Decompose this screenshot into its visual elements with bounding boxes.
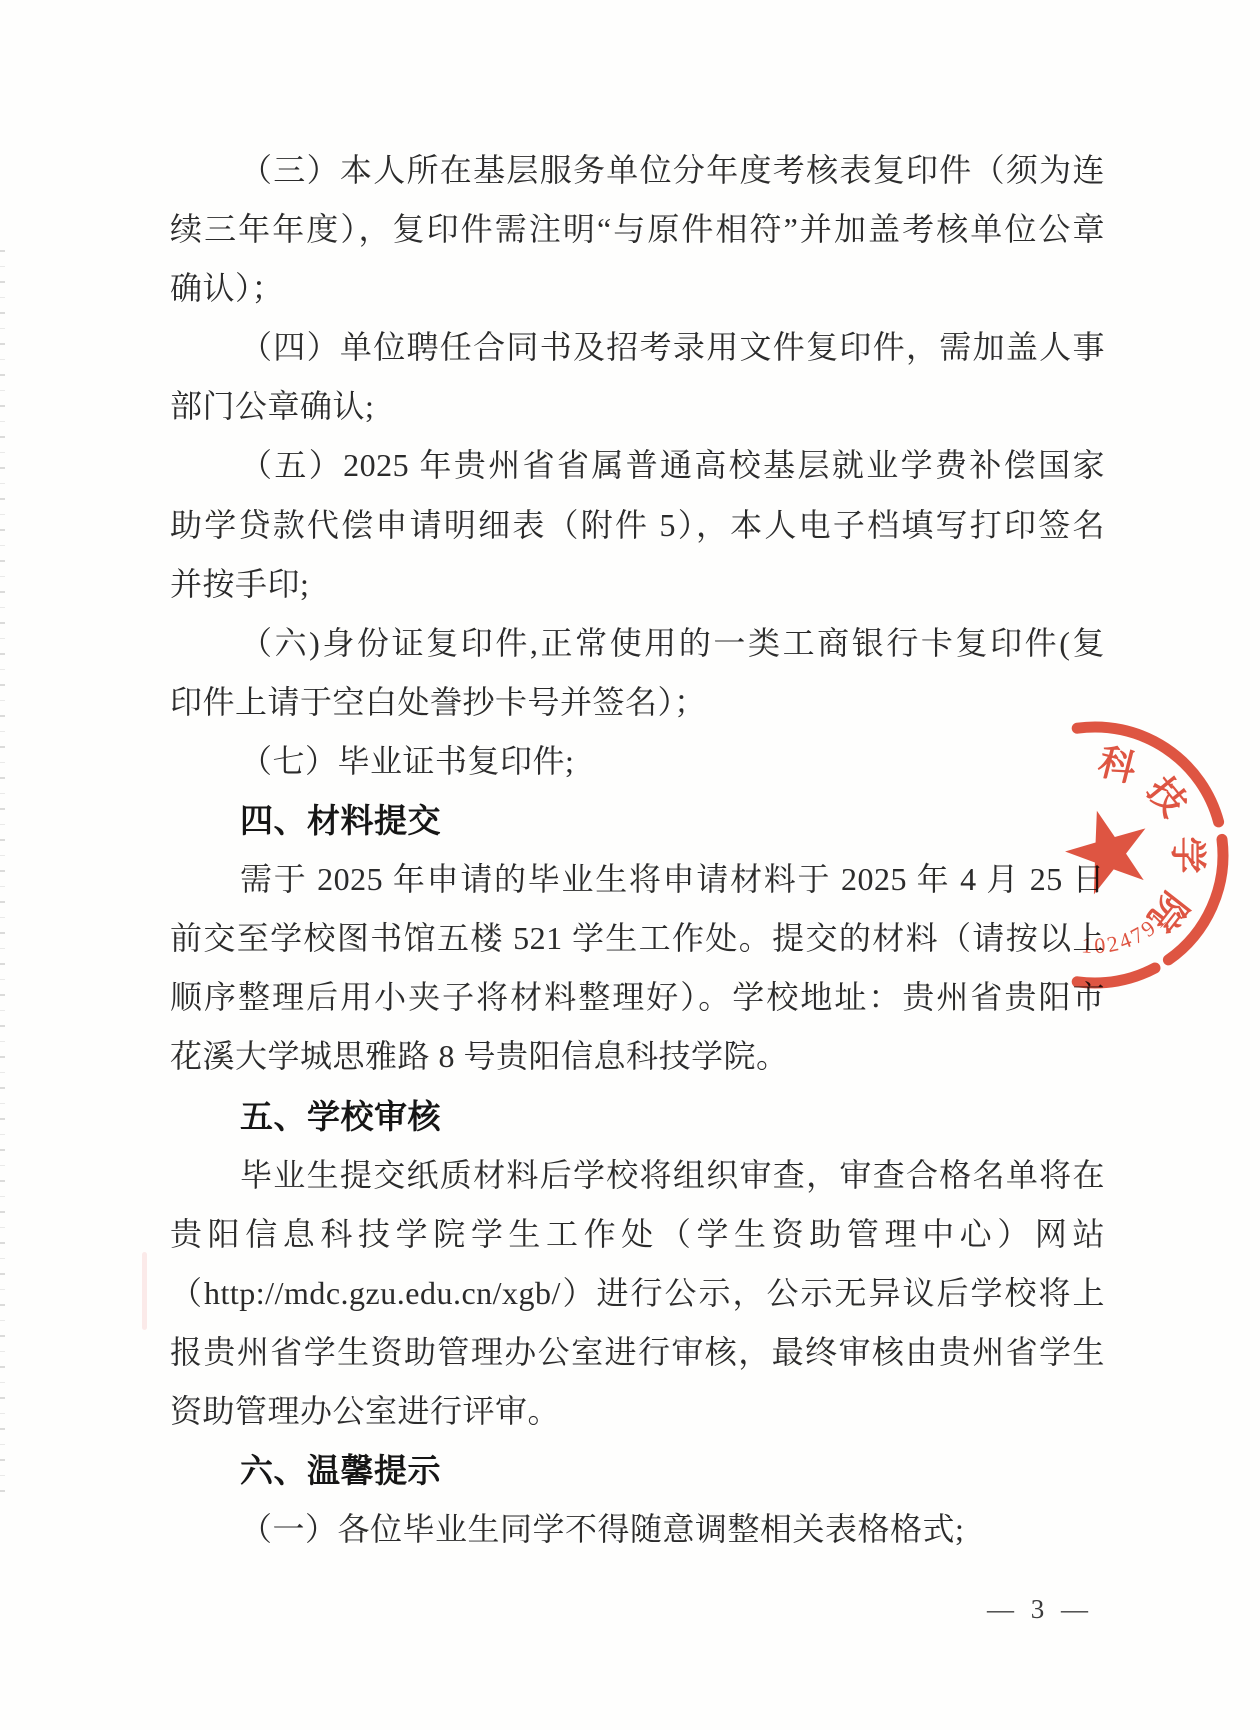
scanned-document-page: （三）本人所在基层服务单位分年度考核表复印件（须为连 续三年年度），复印件需注明…: [0, 0, 1260, 1730]
section-heading-friendly-reminder: 六、温馨提示: [170, 1441, 1105, 1500]
text-line: （七）毕业证书复印件;: [170, 732, 1105, 791]
stamp-char: 技: [1139, 770, 1195, 825]
document-body: （三）本人所在基层服务单位分年度考核表复印件（须为连 续三年年度），复印件需注明…: [170, 141, 1105, 1559]
text-line: （三）本人所在基层服务单位分年度考核表复印件（须为连: [170, 141, 1105, 200]
text-line: （http://mdc.gzu.edu.cn/xgb/）进行公示，公示无异议后学…: [170, 1264, 1105, 1323]
text-line: 印件上请于空白处誊抄卡号并签名）；: [170, 673, 1105, 732]
text-line: 需于 2025 年申请的毕业生将申请材料于 2025 年 4 月 25 日: [170, 850, 1105, 909]
text-line: 续三年年度），复印件需注明“与原件相符”并加盖考核单位公章: [170, 200, 1105, 259]
text-line: 部门公章确认;: [170, 377, 1105, 436]
text-line: （五）2025 年贵州省省属普通高校基层就业学费补偿国家: [170, 436, 1105, 495]
text-line: 并按手印;: [170, 555, 1105, 614]
page-number: — 3 —: [980, 1594, 1100, 1625]
section-heading-school-review: 五、学校审核: [170, 1087, 1105, 1146]
stamp-ring-arc: [1168, 839, 1223, 960]
text-line: 顺序整理后用小夹子将材料整理好）。学校地址：贵州省贵阳市: [170, 968, 1105, 1027]
scan-ink-smudge: [142, 1252, 147, 1330]
text-line: （六)身份证复印件,正常使用的一类工商银行卡复印件(复: [170, 614, 1105, 673]
text-line: 前交至学校图书馆五楼 521 学生工作处。提交的材料（请按以上: [170, 909, 1105, 968]
text-line: 确认）；: [170, 259, 1105, 318]
text-line: 贵阳信息科技学院学生工作处（学生资助管理中心）网站: [170, 1205, 1105, 1264]
text-line: 资助管理办公室进行评审。: [170, 1382, 1105, 1441]
text-line: （四）单位聘任合同书及招考录用文件复印件，需加盖人事: [170, 318, 1105, 377]
text-line: 助学贷款代偿申请明细表（附件 5），本人电子档填写打印签名: [170, 496, 1105, 555]
text-line: 花溪大学城思雅路 8 号贵阳信息科技学院。: [170, 1027, 1105, 1086]
text-line: （一）各位毕业生同学不得随意调整相关表格格式;: [170, 1500, 1105, 1559]
text-line: 报贵州省学生资助管理办公室进行审核，最终审核由贵州省学生: [170, 1323, 1105, 1382]
section-heading-materials-submission: 四、材料提交: [170, 791, 1105, 850]
stamp-char: 学: [1166, 837, 1208, 874]
scan-edge-artifact: [0, 250, 5, 1500]
text-line: 毕业生提交纸质材料后学校将组织审查，审查合格名单将在: [170, 1146, 1105, 1205]
stamp-char: 院: [1140, 884, 1196, 939]
